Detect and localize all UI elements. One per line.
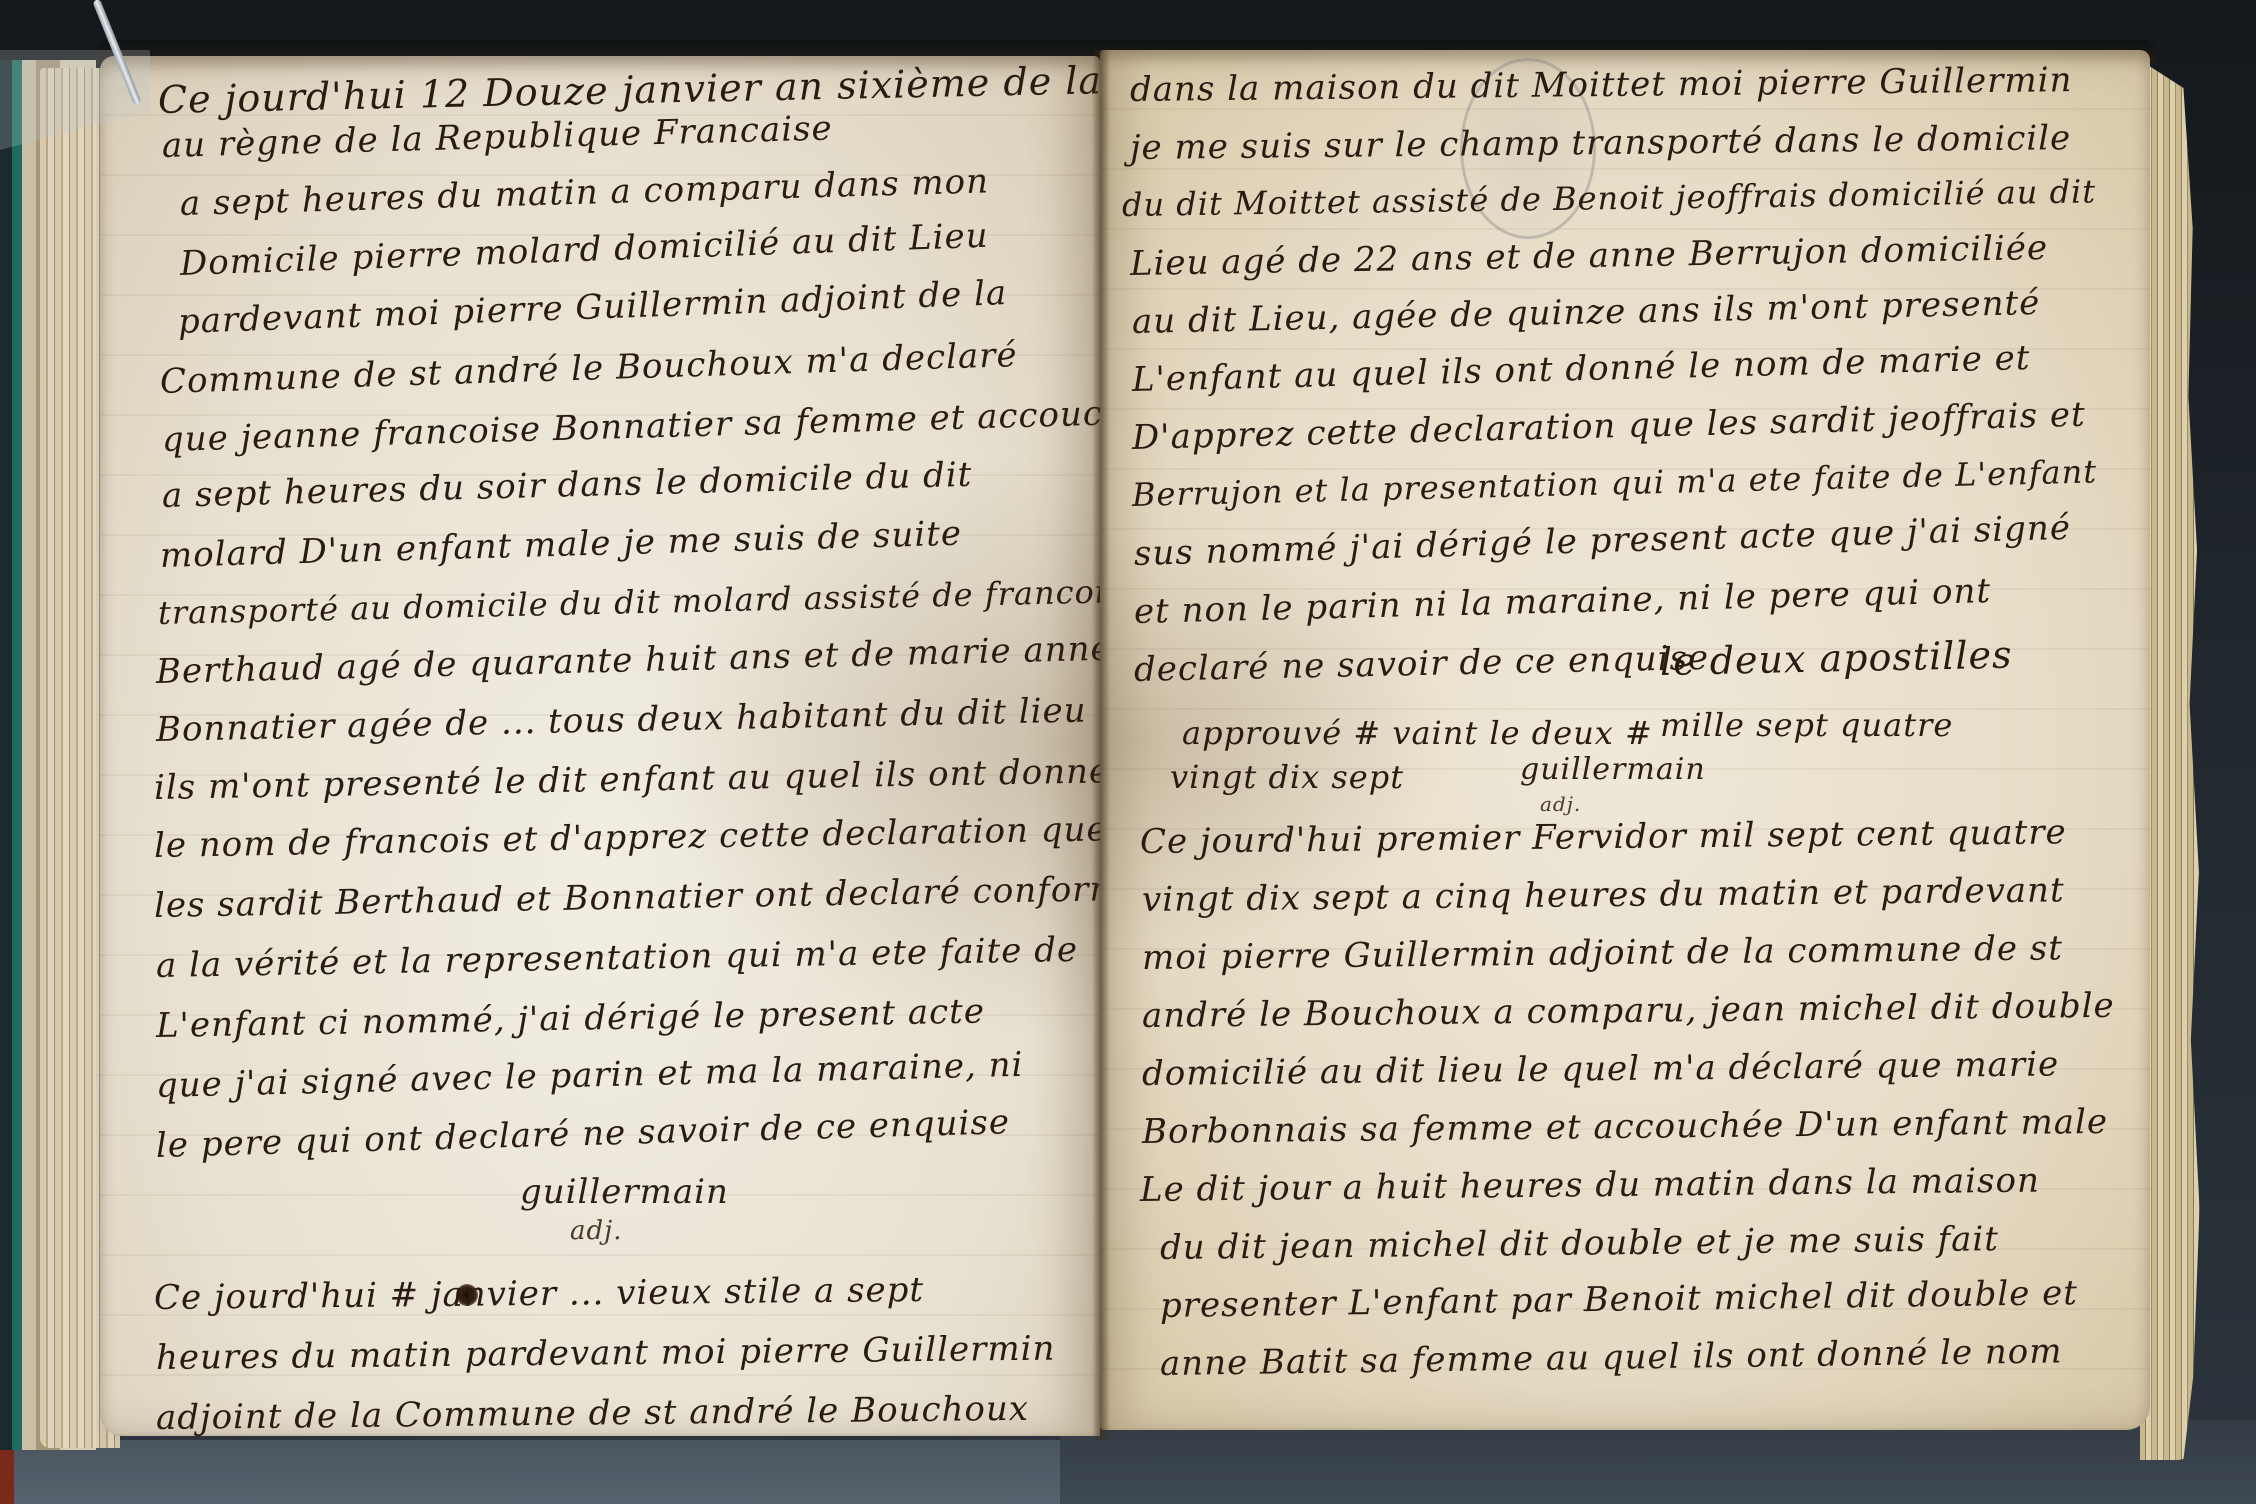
left-page: Ce jourd'hui 12 Douze janvier an sixième…	[100, 56, 1100, 1436]
text-line: Borbonnais sa femme et accouchée D'un en…	[1142, 1102, 2108, 1152]
text-line: que j'ai signé avec le parin et ma la ma…	[156, 1045, 1024, 1106]
signature-paraph: adj.	[570, 1216, 622, 1246]
text-line: Domicile pierre molard domicilié au dit …	[179, 216, 989, 284]
text-line: a la vérité et la representation qui m'a…	[156, 930, 1079, 986]
right-page: dans la maison du dit Moittet moi pierre…	[1100, 50, 2150, 1430]
text-line: dans la maison du dit Moittet moi pierre…	[1130, 60, 2073, 110]
right-page-lower	[1100, 1402, 2150, 1462]
text-line: moi pierre Guillermin adjoint de la comm…	[1142, 928, 2063, 978]
text-line: presenter L'enfant par Benoit michel dit…	[1160, 1273, 2078, 1326]
text-line: le pere qui ont declaré ne savoir de ce …	[155, 1102, 1010, 1166]
text-line: Lieu agé de 22 ans et de anne Berrujon d…	[1130, 228, 2049, 284]
text-line: le nom de francois et d'apprez cette dec…	[154, 809, 1100, 866]
text-line: pardevant moi pierre Guillermin adjoint …	[177, 273, 1008, 342]
date-addition-2: vingt dix sept	[1170, 758, 1404, 796]
text-line: Ce jourd'hui # janvier ... vieux stile a…	[154, 1270, 925, 1318]
text-line: Bonnatier agée de ... tous deux habitant…	[156, 691, 1087, 750]
text-line: adjoint de la Commune de st andré le Bou…	[156, 1389, 1029, 1436]
text-line: et non le parin ni la maraine, ni le per…	[1134, 571, 1992, 632]
text-line: du dit jean michel dit double et je me s…	[1160, 1219, 1999, 1268]
support-board-left	[0, 1440, 1120, 1504]
marginal-note: le deux apostilles	[1660, 633, 2013, 684]
text-line: molard D'un enfant male je me suis de su…	[159, 514, 962, 576]
text-line: Ce jourd'hui 12 Douze janvier an sixième…	[158, 58, 1100, 122]
date-addition: mille sept quatre	[1660, 706, 1953, 744]
text-line: transporté au domicile du dit molard ass…	[158, 572, 1100, 632]
text-line: a sept heures du soir dans le domicile d…	[161, 455, 972, 516]
text-line: les sardit Berthaud et Bonnatier ont dec…	[154, 869, 1100, 926]
signature-paraph: adj.	[1540, 792, 1581, 816]
text-line: domicilié au dit lieu le quel m'a déclar…	[1142, 1044, 2060, 1094]
text-line: Le dit jour a huit heures du matin dans …	[1140, 1161, 2040, 1210]
signature-guillermain: guillermain	[1520, 752, 1706, 787]
book-gutter	[1092, 50, 1110, 1440]
text-line: du dit Moittet assisté de Benoit jeoffra…	[1122, 172, 2097, 224]
text-line: L'enfant au quel ils ont donné le nom de…	[1132, 338, 2031, 400]
signature-guillermain: guillermain	[520, 1172, 729, 1212]
text-line: que jeanne francoise Bonnatier sa femme …	[161, 392, 1100, 460]
text-line: ils m'ont presenté le dit enfant au quel…	[154, 751, 1100, 808]
text-line: a sept heures du matin a comparu dans mo…	[179, 161, 989, 224]
text-line: je me suis sur le champ transporté dans …	[1130, 118, 2072, 168]
text-line: Berrujon et la presentation qui m'a ete …	[1132, 452, 2098, 514]
text-line: Commune de st andré le Bouchoux m'a decl…	[159, 335, 1018, 402]
approval-note: approuvé # vaint le deux #	[1182, 714, 1653, 752]
text-line: heures du matin pardevant moi pierre Gui…	[156, 1329, 1056, 1378]
text-line: andré le Bouchoux a comparu, jean michel…	[1142, 986, 2115, 1036]
text-line: anne Batit sa femme au quel ils ont donn…	[1160, 1331, 2063, 1384]
text-line: sus nommé j'ai dérigé le present acte qu…	[1133, 508, 2071, 574]
text-line: vingt dix sept a cinq heures du matin et…	[1142, 870, 2065, 920]
text-line: L'enfant ci nommé, j'ai dérigé le presen…	[156, 992, 986, 1046]
text-line: Ce jourd'hui premier Fervidor mil sept c…	[1140, 812, 2067, 862]
text-line: declaré ne savoir de ce enquise	[1134, 638, 1710, 690]
text-line: D'apprez cette declaration que les sardi…	[1132, 395, 2087, 458]
text-line: Berthaud agé de quarante huit ans et de …	[156, 629, 1100, 692]
text-line: au dit Lieu, agée de quinze ans ils m'on…	[1132, 283, 2041, 342]
